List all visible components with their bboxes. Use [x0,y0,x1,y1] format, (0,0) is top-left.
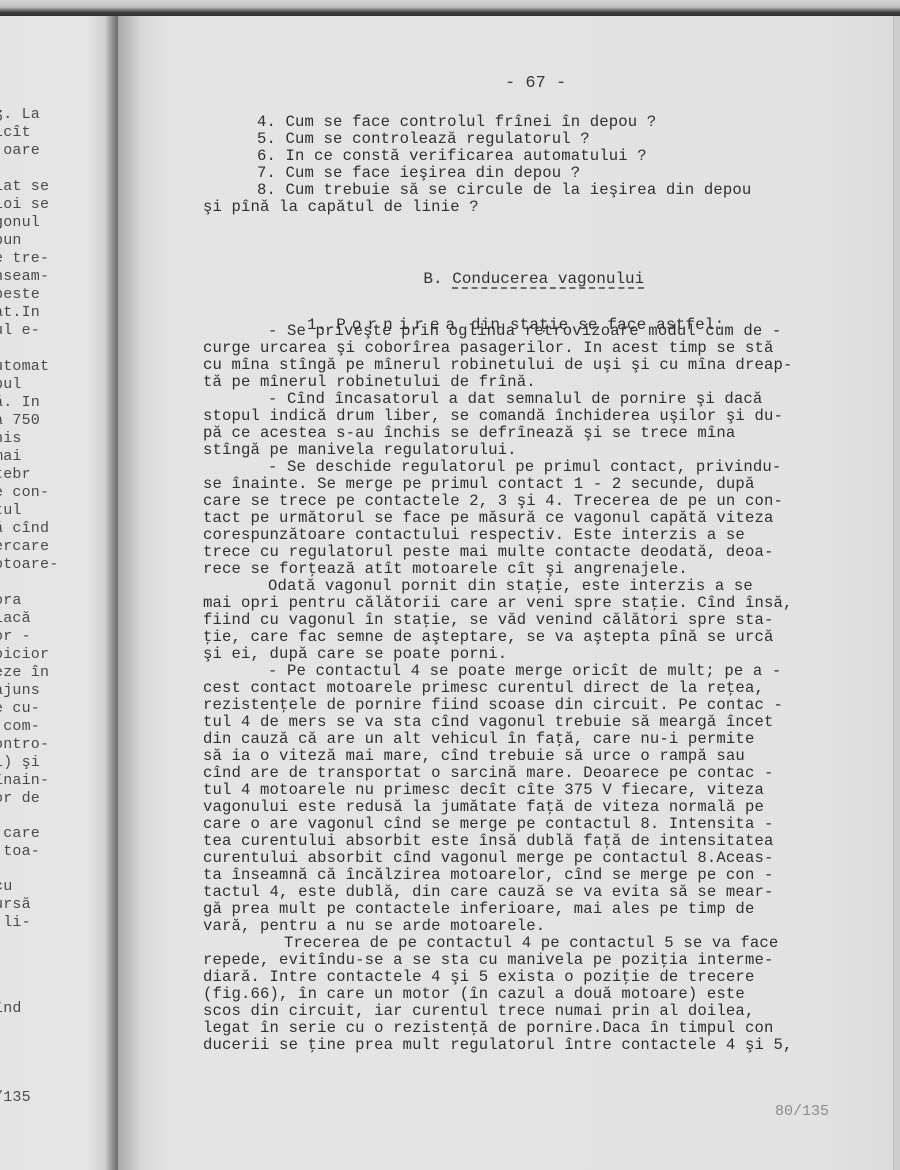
text-line: să ia o viteză mai mare, cînd trebuie să… [203,747,745,765]
text-line: tul 4 motoarele nu primesc decît cîte 37… [203,781,764,799]
text-line: tactul 4, este dublă, din care cauză se … [203,883,773,901]
question-line: şi pînă la capătul de linie ? [203,198,479,216]
text-line: tea curentului absorbit este însă dublă … [203,832,773,850]
left-page-text-fragment: înd [0,1000,22,1017]
left-page-text-fragment: at.In [0,304,40,321]
left-page-text-fragment: or de [0,790,40,807]
text-line: din cauză că are un alt vehicul în faţă,… [203,730,754,748]
text-line: stîngă pe manivela regulatorului. [203,441,517,459]
section-prefix: B. [423,270,452,288]
left-page-text-fragment: peste [0,286,40,303]
text-line: fiind cu vagonul în staţie, se văd venin… [203,611,773,629]
text-line: care o are vagonul cînd se merge pe cont… [203,815,773,833]
left-page-text-fragment: tebr [0,466,31,483]
text-line: rece se forţează atît motoarele cît şi a… [203,560,688,578]
text-line: care se trece pe contactele 2, 3 şi 4. T… [203,492,783,510]
left-page-text-fragment: ıoi se [0,196,49,213]
text-line: - Pe contactul 4 se poate merge oricît d… [268,662,781,680]
left-page-text-fragment: înain- [0,772,49,789]
text-line: gă prea mult pe contactele inferioare, m… [203,900,754,918]
text-line: tact pe următorul se face pe măsură ce v… [203,509,773,527]
left-page-text-fragment: ıcît [0,124,31,141]
left-page-text-fragment: pul [0,376,22,393]
question-line: 4. Cum se face controlul frînei în depou… [257,113,656,131]
text-line: (fig.66), în care un motor (în cazul a d… [203,985,745,1003]
question-line: 7. Cum se face ieşirea din depou ? [257,164,580,182]
left-page-text-fragment: eze în [0,664,49,681]
left-page-text-fragment: ursă [0,896,31,913]
sheet-counter: 80/135 [775,1103,829,1120]
text-line: ducerii se ţine prea mult regulatorul în… [203,1036,792,1054]
question-line: 5. Cum se controlează regulatorul ? [257,130,590,148]
text-line: rezistenţele de pornire fiind scoase din… [203,696,783,714]
left-page-text-fragment: tul [0,502,22,519]
left-page-text-fragment: ajuns [0,682,40,699]
page-right-edge [893,16,900,1170]
text-line: şi ei, după care se poate porni. [203,645,507,663]
left-page-text-fragment: ʒ. La [0,106,40,123]
text-line: ta înseamnă că încălzirea motoarelor, cî… [203,866,773,884]
text-line: ţie, care fac semne de aşteptare, se va … [203,628,773,646]
left-page-text-fragment: e tre- [0,250,49,267]
left-page-text-fragment: utomat [0,358,49,375]
left-page-text-fragment: iacă [0,610,31,627]
left-page-text-fragment: cu [0,878,12,895]
text-line: curentului absorbit cînd vagonul merge p… [203,849,773,867]
question-line: 8. Cum trebuie să se circule de la ieşir… [257,181,751,199]
left-page-text-fragment: a 750 [0,412,40,429]
page-number: - 67 - [505,74,566,93]
text-line: legat în serie cu o rezistenţă de pornir… [203,1019,773,1037]
left-page-text-fragment: otoare- [0,556,58,573]
section-title: Conducerea vagonului [452,270,644,288]
left-page-text-fragment: nseam- [0,268,49,285]
left-page-text-fragment: .oare [0,142,40,159]
text-line: scos din circuit, iar curentul trece num… [203,1002,754,1020]
text-line: vagonului este redusă la jumătate faţă d… [203,798,764,816]
text-line: corespunzătoare contactului respectiv. E… [203,526,745,544]
text-line: curge urcarea şi coborîrea pasagerilor. … [203,339,773,357]
left-page-fragment: ʒ. Laıcît.oareıat seıoi seǥonulbune tre-… [0,16,125,1170]
text-line: cest contact motoarele primesc curentul … [203,679,764,697]
left-page-text-fragment: oicior [0,646,49,663]
left-page-text-fragment: e cu- [0,700,40,717]
left-page-text-fragment: ul e- [0,322,40,339]
text-line: - Cînd încasatorul a dat semnalul de por… [268,390,762,408]
left-page-text-fragment: e con- [0,484,49,501]
text-line: stopul indică drum liber, se comandă înc… [203,407,783,425]
right-page: - 67 - 4. Cum se face controlul frînei î… [118,16,893,1170]
left-page-text-fragment: toa- [0,843,40,860]
text-line: mai opri pentru călătorii care ar veni s… [203,594,792,612]
text-line: Trecerea de pe contactul 4 pe contactul … [284,934,778,952]
left-page-text-fragment: ă cînd [0,520,49,537]
left-page-text-fragment: ǥonul [0,214,40,231]
text-line: Odată vagonul pornit din staţie, este in… [268,577,753,595]
text-line: diară. Intre contactele 4 şi 5 exista o … [203,968,754,986]
text-line: repede, evitîndu-se a se sta cu manivela… [203,951,773,969]
text-line: tul 4 de mers se va sta cînd vagonul tre… [203,713,773,731]
question-line: 6. In ce constă verificarea automatului … [257,147,647,165]
left-page-text-fragment: care [0,825,40,842]
text-line: trece cu regulatorul peste mai multe con… [203,543,773,561]
left-page-text-fragment: i) şi [0,754,40,771]
left-page-text-fragment: li- [0,914,31,931]
left-page-text-fragment: . [0,340,3,357]
left-page-text-fragment: ,com- [0,718,40,735]
left-page-text-fragment: mai [0,448,22,465]
text-line: - Se deschide regulatorul pe primul cont… [268,458,781,476]
text-line: se înainte. Se merge pe primul contact 1… [203,475,754,493]
text-line: vară, pentru a nu se arde motoarele. [203,917,545,935]
left-page-text-fragment: ă. In [0,394,40,411]
left-page-text-fragment: ontro- [0,736,49,753]
left-page-text-fragment: ora [0,592,22,609]
text-line: cu mîna stîngă pe mînerul robinetului de… [203,356,792,374]
text-line: pă ce acestea s-au închis se defrînează … [203,424,735,442]
text-line: - Se priveşte prin oglinda retrovizoare … [268,322,781,340]
left-page-text-fragment: ercare [0,538,49,555]
text-line: tă pe mînerul robinetului de frînă. [203,373,536,391]
text-line: cînd are de transportat o sarcină mare. … [203,764,773,782]
left-page-text-fragment: bun [0,232,22,249]
left-page-text-fragment: /135 [0,1089,31,1106]
left-page-text-fragment: or - [0,628,31,645]
left-page-text-fragment: his [0,430,22,447]
left-page-text-fragment: ıat se [0,178,49,195]
